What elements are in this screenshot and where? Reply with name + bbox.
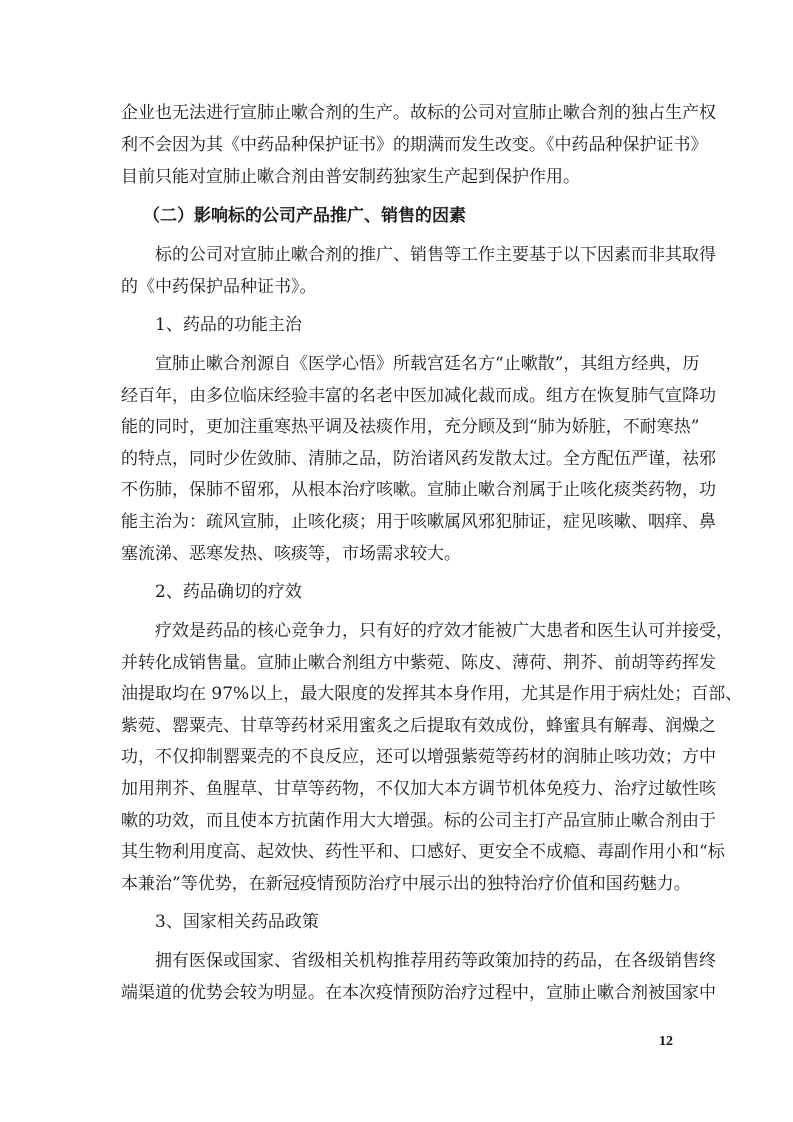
- paragraph-line: 标的公司对宣肺止嗽合剂的推广、销售等工作主要基于以下因素而非其取得: [155, 245, 673, 265]
- paragraph-line: 利不会因为其《中药品种保护证书》的期满而发生改变。《中药品种保护证书》: [121, 135, 673, 155]
- paragraph-line: 能主治为：疏风宣肺，止咳化痰；用于咳嗽属风邪犯肺证，症见咳嗽、咽痒、鼻: [121, 512, 673, 532]
- paragraph-line: 嗽的功效，而且使本方抗菌作用大大增强。标的公司主打产品宣肺止嗽合剂由于: [121, 811, 673, 831]
- paragraph-line: 宣肺止嗽合剂源自《医学心悟》所载宫廷名方“止嗽散”，其组方经典，历: [155, 354, 673, 374]
- paragraph-line: 的《中药保护品种证书》。: [121, 277, 673, 297]
- paragraph-line: 不伤肺，保肺不留邪，从根本治疗咳嗽。宣肺止嗽合剂属于止咳化痰类药物，功: [121, 480, 673, 500]
- paragraph-line: 并转化成销售量。宣肺止嗽合剂组方中紫菀、陈皮、薄荷、荆芥、前胡等药挥发: [121, 653, 673, 673]
- page-number: 12: [650, 1034, 673, 1050]
- paragraph-line: 紫菀、罂粟壳、甘草等药材采用蜜炙之后提取有效成份，蜂蜜具有解毒、润燥之: [121, 716, 673, 736]
- paragraph-line: 塞流涕、恶寒发热、咳痰等，市场需求较大。: [121, 544, 673, 564]
- paragraph-line: 端渠道的优势会较为明显。在本次疫情预防治疗过程中，宣肺止嗽合剂被国家中: [121, 983, 673, 1003]
- paragraph-line: 油提取均在 97%以上，最大限度的发挥其本身作用，尤其是作用于病灶处；百部、: [121, 684, 673, 704]
- paragraph-line: 经百年，由多位临床经验丰富的名老中医加减化裁而成。组方在恢复肺气宣降功: [121, 386, 673, 406]
- paragraph-line: 企业也无法进行宣肺止嗽合剂的生产。故标的公司对宣肺止嗽合剂的独占生产权: [121, 103, 673, 123]
- paragraph-line: 拥有医保或国家、省级相关机构推荐用药等政策加持的药品，在各级销售终: [155, 951, 673, 971]
- section-heading: （二）影响标的公司产品推广、销售的因素: [143, 206, 466, 226]
- paragraph-line: 能的同时，更加注重寒热平调及祛痰作用，充分顾及到“肺为娇脏，不耐寒热”: [121, 417, 673, 437]
- paragraph-line: 加用荆芥、鱼腥草、甘草等药物，不仅加大本方调节机体免疫力、治疗过敏性咳: [121, 779, 673, 799]
- paragraph-line: 本兼治”等优势，在新冠疫情预防治疗中展示出的独特治疗价值和国药魅力。: [121, 874, 673, 894]
- subsection-title: 1、药品的功能主治: [155, 315, 302, 335]
- paragraph-line: 其生物利用度高、起效快、药性平和、口感好、更安全不成瘾、毒副作用小和“标: [121, 842, 673, 862]
- paragraph-line: 功，不仅抑制罂粟壳的不良反应，还可以增强紫菀等药材的润肺止咳功效；方中: [121, 747, 673, 767]
- paragraph-line: 目前只能对宣肺止嗽合剂由普安制药独家生产起到保护作用。: [121, 167, 673, 187]
- document-page: 企业也无法进行宣肺止嗽合剂的生产。故标的公司对宣肺止嗽合剂的独占生产权 利不会因…: [0, 0, 793, 1122]
- paragraph-line: 疗效是药品的核心竞争力，只有好的疗效才能被广大患者和医生认可并接受，: [155, 621, 673, 641]
- paragraph-line: 的特点，同时少佐敛肺、清肺之品，防治诸风药发散太过。全方配伍严谨，祛邪: [121, 449, 673, 469]
- subsection-title: 3、国家相关药品政策: [155, 912, 319, 932]
- subsection-title: 2、药品确切的疗效: [155, 582, 302, 602]
